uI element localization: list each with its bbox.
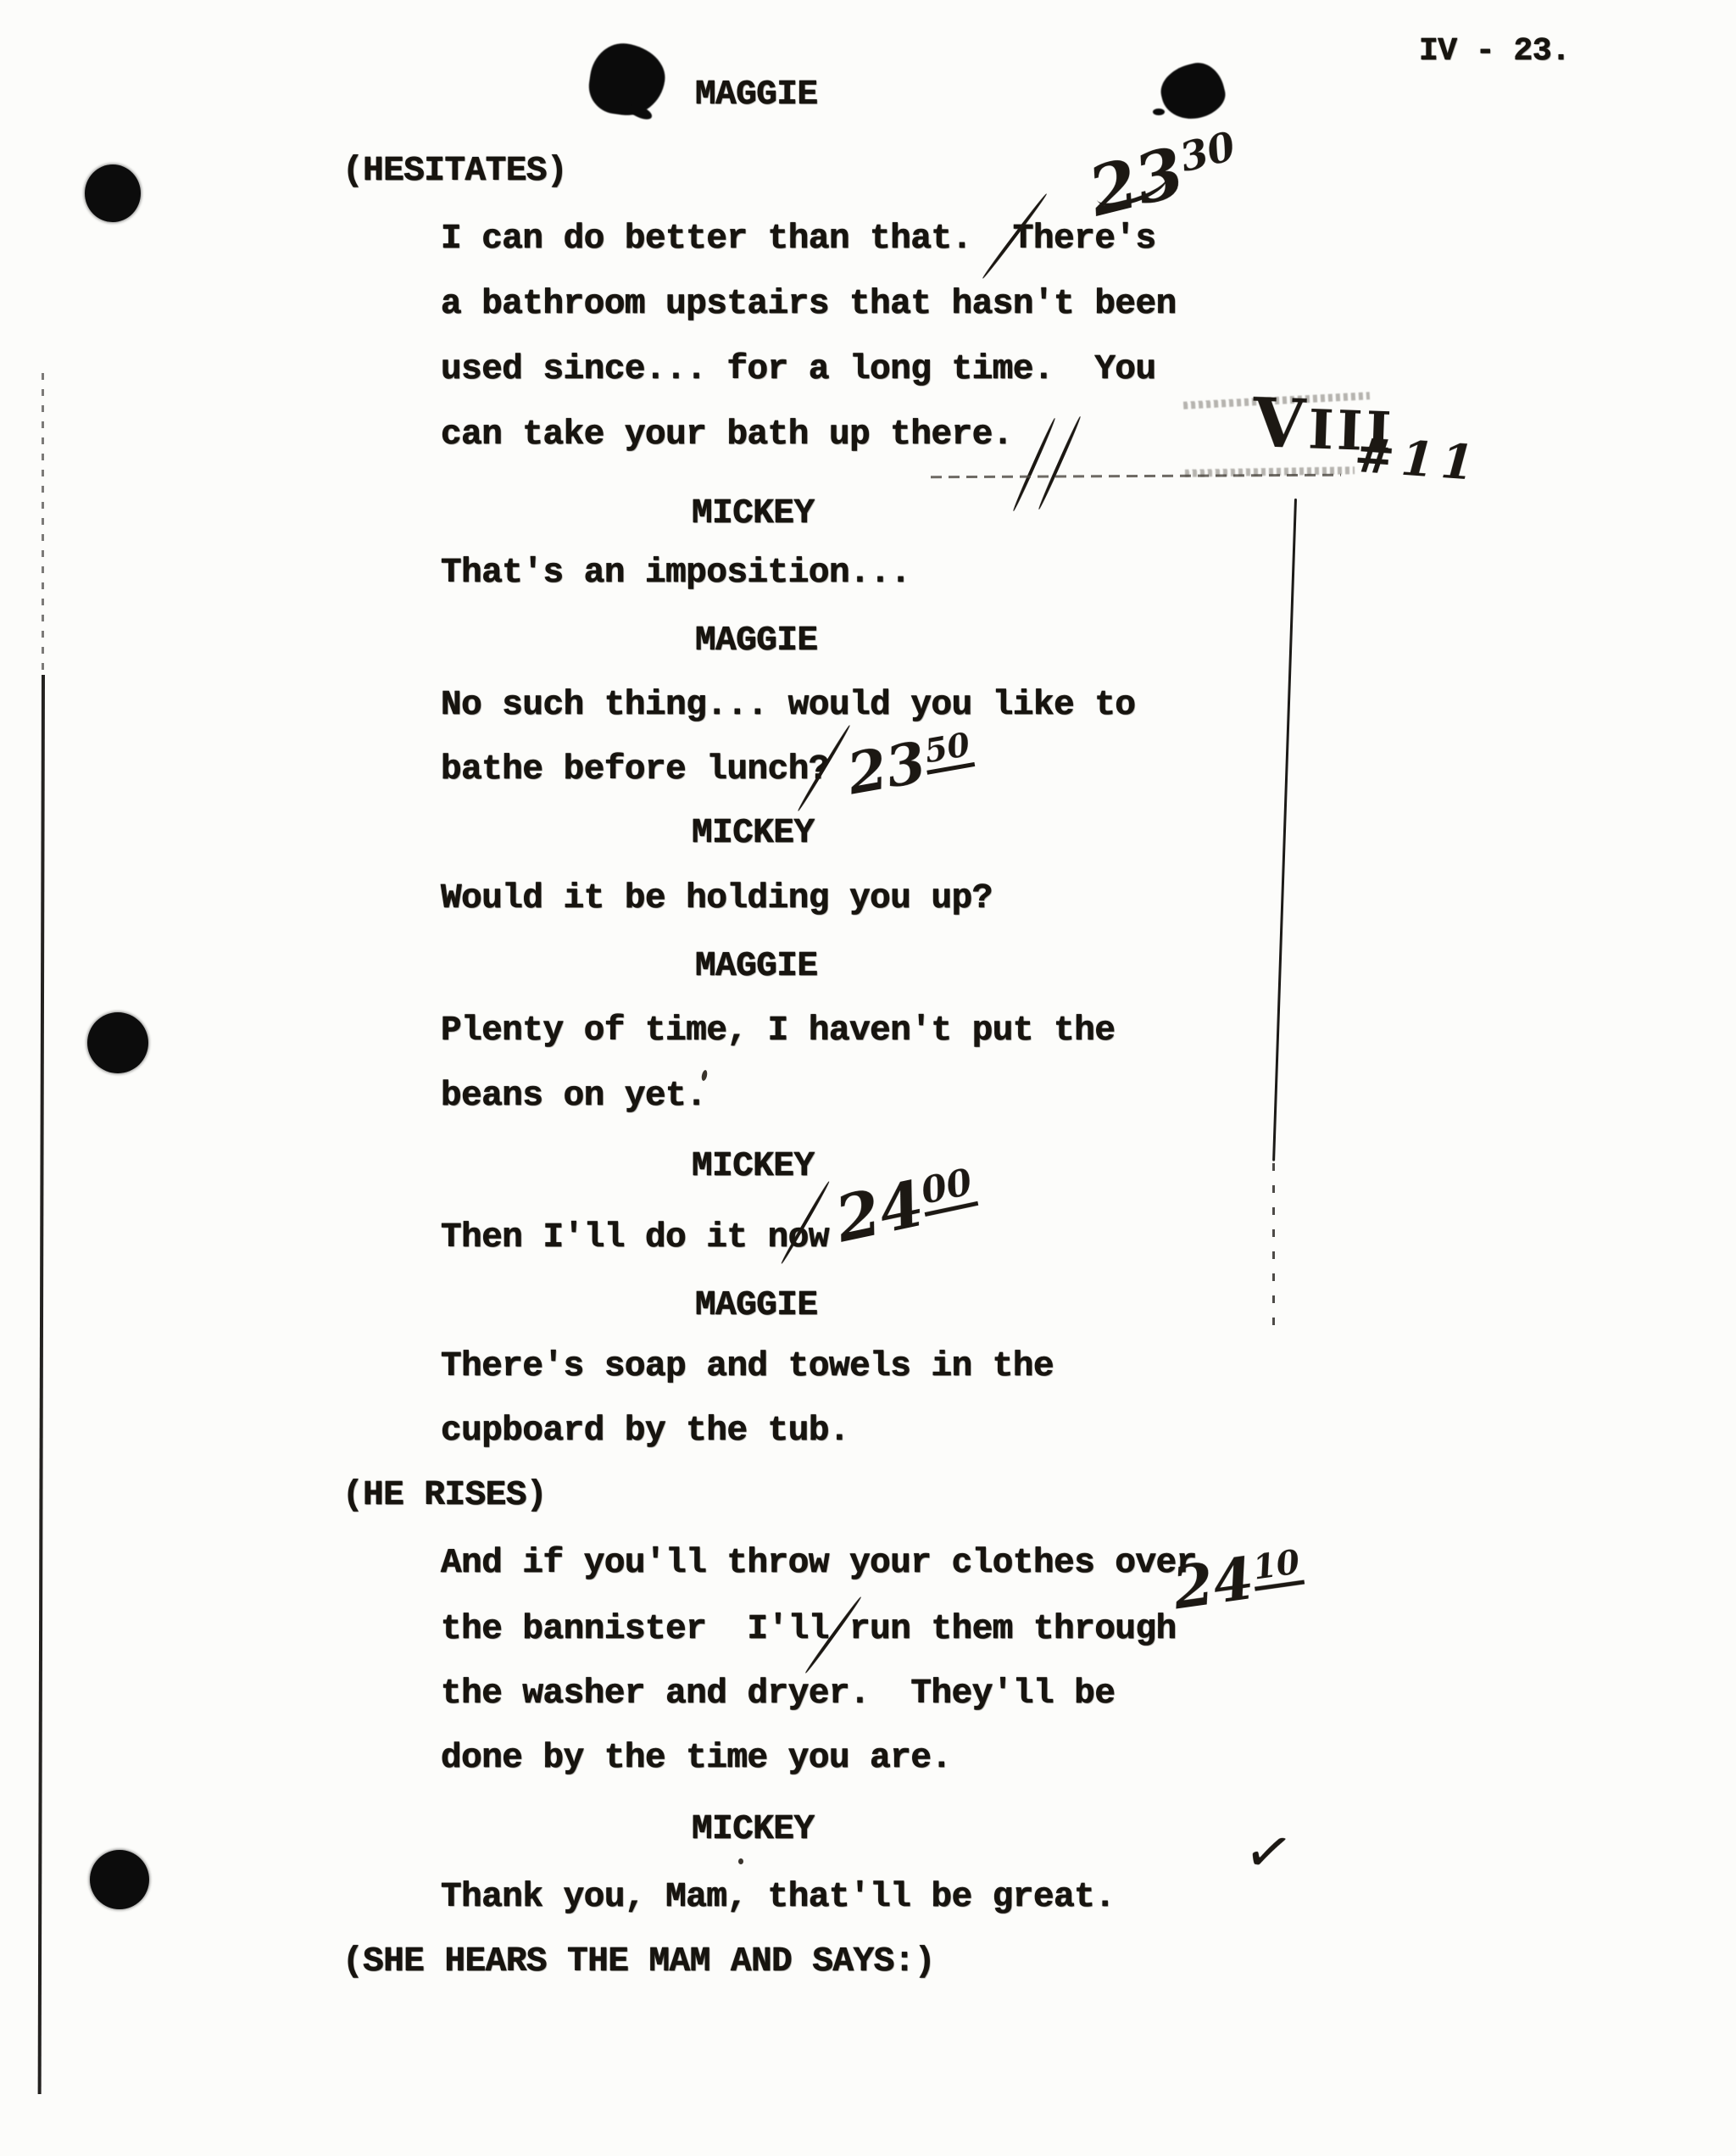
page-number: IV - 23. — [1419, 36, 1570, 68]
handwritten-cue-number: #11 — [1353, 432, 1482, 487]
timing-sup: 10 — [1249, 1546, 1305, 1591]
parenthetical: (HESITATES) — [342, 154, 567, 189]
dialogue-line: Plenty of time, I haven't put the — [441, 1014, 1115, 1049]
dialogue-line: No such thing... would you like to — [441, 688, 1136, 723]
character-name: MAGGIE — [695, 78, 818, 113]
dialogue-line: There's soap and towels in the — [441, 1350, 1054, 1384]
dialogue-line: cupboard by the tub. — [441, 1414, 849, 1449]
dialogue-line: Would it be holding you up? — [441, 882, 993, 916]
timing-main: 24 — [1169, 1545, 1258, 1623]
dialogue-line: the washer and dryer. They'll be — [441, 1677, 1115, 1712]
hand-double-slash — [1012, 417, 1056, 511]
character-name: MICKEY — [692, 816, 815, 851]
character-name: MAGGIE — [695, 624, 818, 659]
dialogue-line: That's an imposition... — [441, 556, 910, 591]
dialogue-line: used since... for a long time. You — [441, 353, 1156, 387]
dialogue-line: Then I'll do it now — [441, 1221, 829, 1256]
hole-punch — [85, 164, 141, 222]
ink-blot-speck — [1153, 109, 1165, 115]
timing-sup: 00 — [916, 1164, 978, 1217]
character-name: MAGGIE — [695, 1289, 818, 1323]
timing-sup: 50 — [921, 728, 975, 775]
dialogue-line: And if you'll throw your clothes over — [441, 1546, 1197, 1581]
timing-main: 24 — [830, 1167, 931, 1257]
handwritten-checkmark: ✓ — [1240, 1821, 1298, 1886]
dialogue-line: the bannister I'll run them through — [441, 1613, 1177, 1647]
dialogue-line: beans on yet. — [441, 1079, 706, 1114]
handwritten-timing-2400: 2400 — [831, 1162, 982, 1255]
character-name: MICKEY — [692, 1150, 815, 1184]
hand-vertical-line — [1272, 499, 1297, 1162]
handwritten-timing-2350: 2350 — [843, 726, 978, 806]
hand-vertical-line-fade — [1272, 1163, 1275, 1331]
character-name: MAGGIE — [695, 950, 818, 984]
dialogue-line: can take your bath up there. — [441, 418, 1013, 453]
timing-main: 23 — [843, 729, 931, 808]
dialogue-line: bathe before lunch? — [441, 753, 829, 788]
hole-punch — [90, 1850, 149, 1909]
script-page: IV - 23. MAGGIE (HESITATES) I can do bet… — [0, 0, 1736, 2156]
handwritten-timing-2410: 2410 — [1170, 1543, 1307, 1621]
dialogue-line: a bathroom upstairs that hasn't been — [441, 287, 1177, 322]
ink-blot — [1155, 58, 1229, 125]
hole-punch — [87, 1012, 148, 1073]
dialogue-line: I can do better than that. There's — [441, 222, 1156, 257]
timing-sup: 30 — [1175, 126, 1241, 181]
parenthetical: (SHE HEARS THE MAM AND SAYS:) — [342, 1945, 935, 1980]
ink-blot — [586, 39, 670, 120]
stray-mark — [738, 1858, 743, 1864]
character-name: MICKEY — [692, 497, 815, 532]
dialogue-line: Thank you, Mam, that'll be great. — [441, 1880, 1115, 1915]
hand-double-slash — [1038, 415, 1082, 510]
parenthetical: (HE RISES) — [342, 1479, 547, 1513]
character-name: MICKEY — [692, 1813, 815, 1847]
scan-edge-line-dotted — [42, 373, 44, 678]
dialogue-line: done by the time you are. — [441, 1741, 952, 1776]
stray-mark — [701, 1070, 709, 1082]
scan-edge-line — [38, 675, 45, 2094]
